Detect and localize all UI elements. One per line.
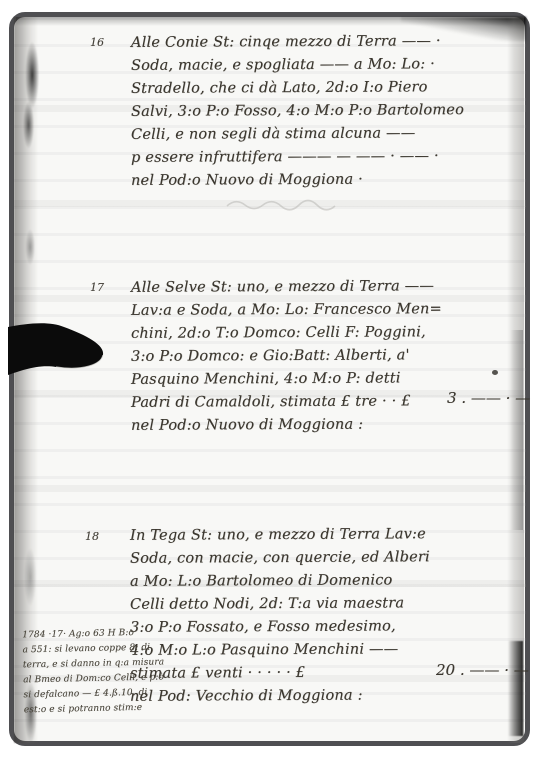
entry-line: Soda, con macie, con quercie, ed Alberi	[130, 546, 430, 571]
ink-blot	[492, 370, 498, 375]
entry-number: 16	[90, 36, 104, 49]
entry-number: 18	[85, 530, 99, 543]
entry-line: Stradello, che ci dà Lato, 2d:o I:o Pier…	[131, 76, 464, 101]
entry-line: Padri di Camaldoli, stimata £ tre · · £	[131, 390, 442, 415]
entry-line: a Mo: L:o Bartolomeo di Domenico	[130, 569, 430, 594]
page-right-edge-shadow	[510, 330, 523, 530]
entry-17: Alle Selve St: uno, e mezzo di Terra —— …	[131, 276, 442, 437]
entry-line: Alle Selve St: uno, e mezzo di Terra ——	[131, 275, 442, 300]
margin-annotation: 1784 ·17· Ag:o 63 H B:o a 551: si levano…	[22, 626, 149, 719]
entry-line: 4:o M:o L:o Pasquino Menchini ——	[130, 638, 430, 663]
entry-line: nel Pod: Vecchio di Moggiona :	[130, 684, 430, 709]
entry-line: 3:o P:o Domco: e Gio:Batt: Alberti, a'	[131, 344, 442, 369]
entry-line: nel Pod:o Nuovo di Moggiona ·	[131, 168, 464, 193]
entry-number: 17	[90, 281, 104, 294]
appraisal-amount: 20 . —— · —	[436, 661, 529, 679]
entry-line: Soda, macie, e spogliata —— a Mo: Lo: ·	[131, 53, 464, 78]
entry-line: Salvi, 3:o P:o Fosso, 4:o M:o P:o Bartol…	[131, 99, 464, 124]
entry-line: Lav:a e Soda, a Mo: Lo: Francesco Men=	[131, 298, 442, 323]
entry-line: Celli, e non segli dà stima alcuna ——	[131, 122, 464, 147]
margin-note-line: est:o e si potranno stim:e	[24, 701, 149, 719]
entry-line: p essere infruttifera ——— — —— · —— ·	[131, 145, 464, 170]
entry-line: In Tega St: uno, e mezzo di Terra Lav:e	[130, 523, 430, 548]
entry-line: Alle Conie St: cinqe mezzo di Terra —— ·	[131, 30, 464, 55]
entry-16: Alle Conie St: cinqe mezzo di Terra —— ·…	[131, 31, 464, 192]
appraisal-amount: 3 . —— · —	[447, 389, 530, 407]
entry-line: stimata £ venti · · · · · £	[130, 661, 430, 686]
entry-line: Celli detto Nodi, 2d: T:a via maestra	[130, 592, 430, 617]
page-right-edge-shadow	[508, 641, 523, 736]
entry-line: chini, 2d:o T:o Domco: Celli F: Poggini,	[131, 321, 442, 346]
entry-18: In Tega St: uno, e mezzo di Terra Lav:e …	[130, 524, 430, 708]
entry-line: 3:o P:o Fossato, e Fosso medesimo,	[130, 615, 430, 640]
manuscript-scan-page: 16 Alle Conie St: cinqe mezzo di Terra —…	[0, 0, 540, 760]
thumb-occlusion	[8, 321, 110, 379]
entry-line: Pasquino Menchini, 4:o M:o P: detti	[131, 367, 442, 392]
entry-line: nel Pod:o Nuovo di Moggiona :	[131, 413, 442, 438]
pencil-scribble	[225, 196, 355, 216]
